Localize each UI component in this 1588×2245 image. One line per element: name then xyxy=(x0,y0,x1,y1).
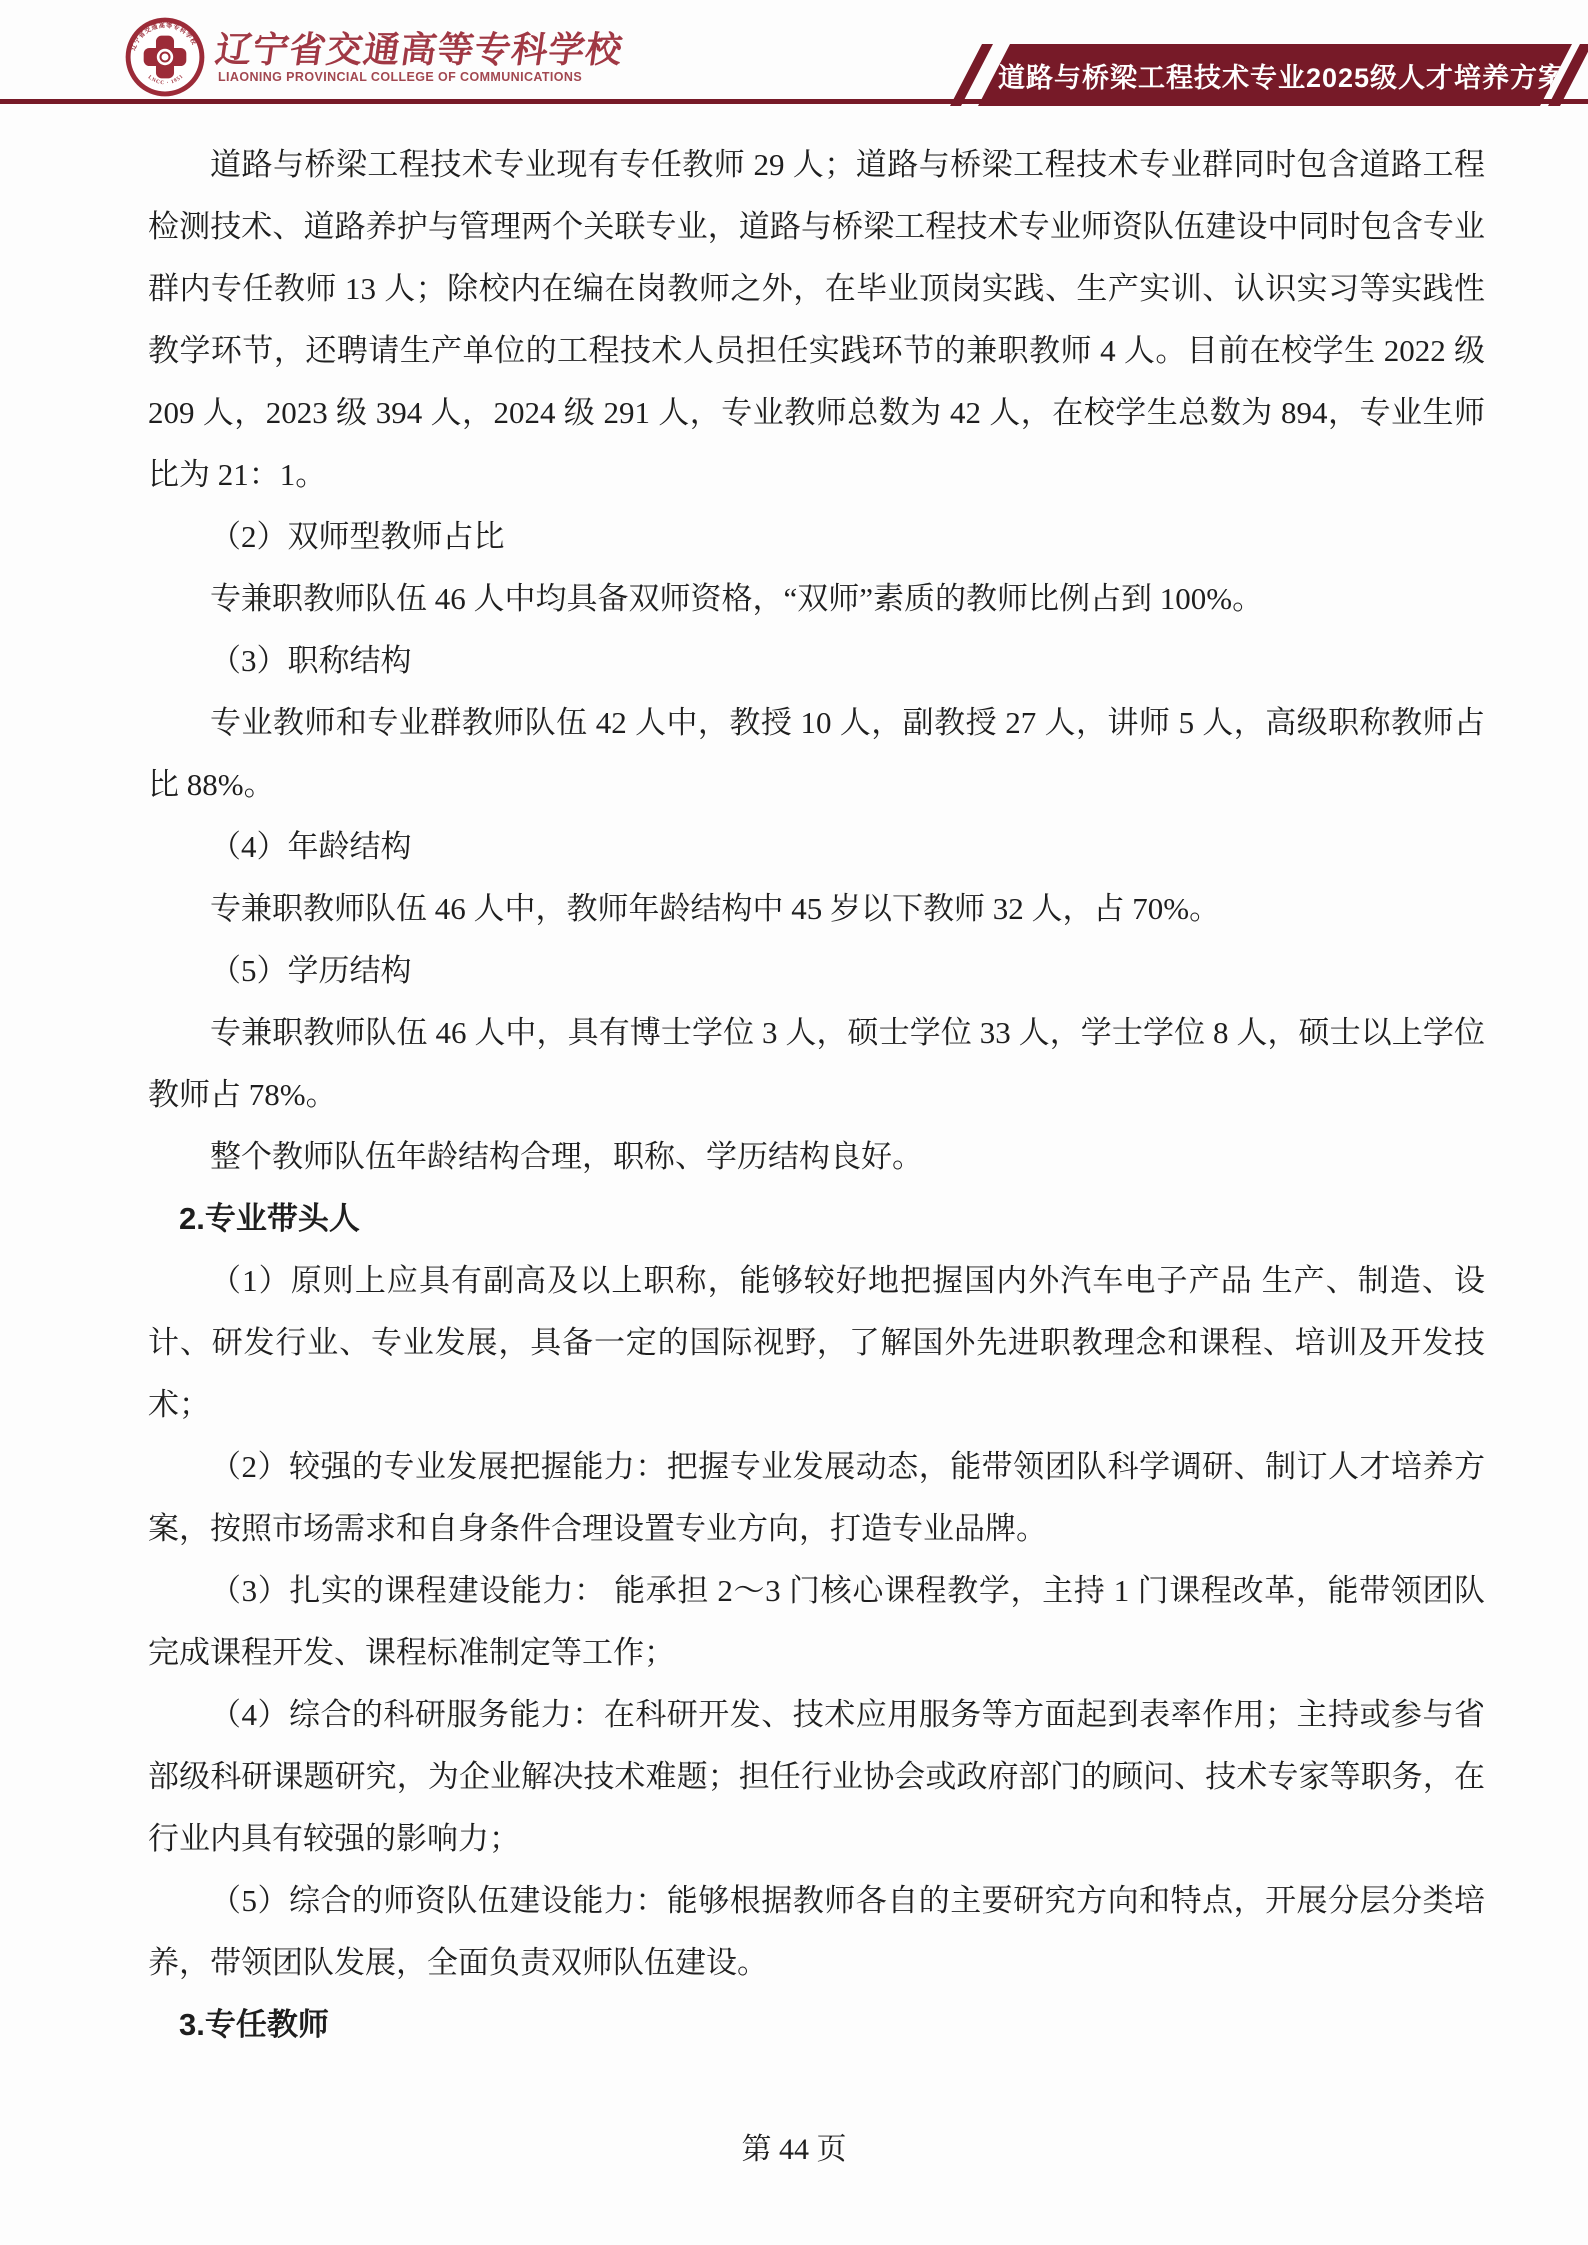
page-number: 第 44 页 xyxy=(742,2133,847,2166)
program-title-banner: 道路与桥梁工程技术专业2025级人才培养方案 xyxy=(978,44,1572,106)
document-body: 道路与桥梁工程技术专业现有专任教师 29 人；道路与桥梁工程技术专业群同时包含道… xyxy=(148,134,1485,2056)
body-paragraph: 专兼职教师队伍 46 人中，具有博士学位 3 人，硕士学位 33 人，学士学位 … xyxy=(148,1002,1485,1126)
body-paragraph: 专兼职教师队伍 46 人中均具备双师资格，“双师”素质的教师比例占到 100%。 xyxy=(148,568,1485,630)
body-paragraph: 整个教师队伍年龄结构合理，职称、学历结构良好。 xyxy=(148,1126,1485,1188)
body-paragraph: 专业教师和专业群教师队伍 42 人中，教授 10 人，副教授 27 人，讲师 5… xyxy=(148,692,1485,816)
school-name-en: LIAONING PROVINCIAL COLLEGE OF COMMUNICA… xyxy=(218,70,582,84)
body-paragraph: （5）学历结构 xyxy=(148,940,1485,1002)
section-heading: 2.专业带头人 xyxy=(148,1188,1485,1250)
body-paragraph: （4）综合的科研服务能力：在科研开发、技术应用服务等方面起到表率作用；主持或参与… xyxy=(148,1684,1485,1870)
body-paragraph: （1）原则上应具有副高及以上职称，能够较好地把握国内外汽车电子产品 生产、制造、… xyxy=(148,1250,1485,1436)
school-name-zh: 辽宁省交通高等专科学校 xyxy=(212,22,626,73)
section-heading: 3.专任教师 xyxy=(148,1994,1485,2056)
body-paragraph: （3）扎实的课程建设能力： 能承担 2～3 门核心课程教学，主持 1 门课程改革… xyxy=(148,1560,1485,1684)
body-paragraph: 道路与桥梁工程技术专业现有专任教师 29 人；道路与桥梁工程技术专业群同时包含道… xyxy=(148,134,1485,506)
page-header: 辽宁省交通高等专科学校 LNCC · 1951 辽宁省交通高等专科学校 LIAO… xyxy=(0,0,1588,112)
body-paragraph: （5）综合的师资队伍建设能力：能够根据教师各自的主要研究方向和特点，开展分层分类… xyxy=(148,1870,1485,1994)
body-paragraph: （2）较强的专业发展把握能力：把握专业发展动态，能带领团队科学调研、制订人才培养… xyxy=(148,1436,1485,1560)
body-paragraph: （3）职称结构 xyxy=(148,630,1485,692)
banner-title: 道路与桥梁工程技术专业2025级人才培养方案 xyxy=(984,56,1566,95)
school-seal-icon: 辽宁省交通高等专科学校 LNCC · 1951 xyxy=(124,16,206,98)
page-footer: 第 44 页 xyxy=(0,2124,1588,2168)
document-page: 辽宁省交通高等专科学校 LNCC · 1951 辽宁省交通高等专科学校 LIAO… xyxy=(0,0,1588,2245)
body-paragraph: （4）年龄结构 xyxy=(148,816,1485,878)
body-paragraph: （2）双师型教师占比 xyxy=(148,506,1485,568)
body-paragraph: 专兼职教师队伍 46 人中，教师年龄结构中 45 岁以下教师 32 人，占 70… xyxy=(148,878,1485,940)
